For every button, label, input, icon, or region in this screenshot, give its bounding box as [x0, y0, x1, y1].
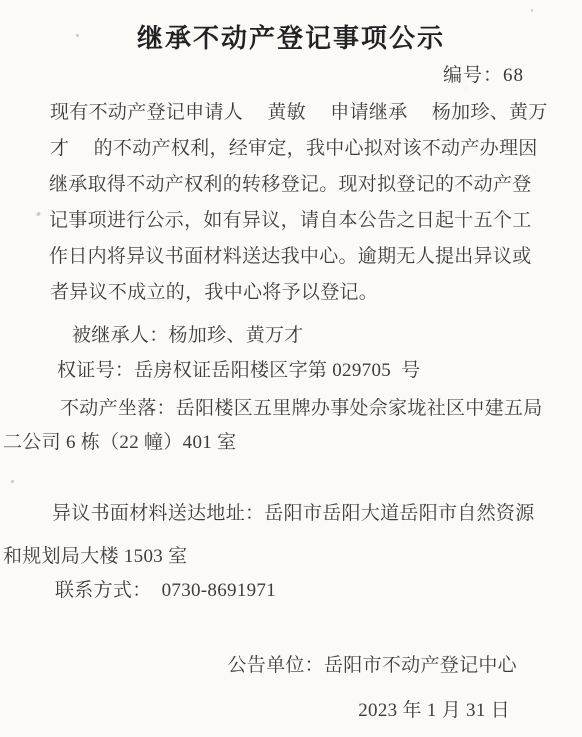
- body-line: 现有不动产登记申请人 黄敏 申请继承 杨加珍、黄万: [50, 101, 548, 124]
- scan-speck: [76, 34, 79, 37]
- field-property-location: 不动产坐落：岳阳楼区五里牌办事处佘家垅社区中建五局: [60, 397, 543, 420]
- field-certificate-number: 权证号：岳房权证岳阳楼区字第 029705 号: [57, 359, 420, 382]
- document-number-label: 编号：: [443, 65, 503, 86]
- document-number-value: 68: [503, 65, 524, 86]
- footer-issuing-unit: 公告单位：岳阳市不动产登记中心: [227, 654, 517, 677]
- scan-speck: [36, 212, 41, 217]
- body-line: 作日内将异议书面材料送达我中心。逾期无人提出异议或: [49, 245, 532, 268]
- body-line: 继承取得不动产权利的转移登记。现对拟登记的不动产登: [49, 173, 532, 196]
- document-number: 编号：68: [443, 60, 524, 87]
- field-objection-address: 异议书面材料送达地址：岳阳市岳阳大道岳阳市自然资源: [52, 502, 535, 525]
- scanned-notice-page: 继承不动产登记事项公示 编号：68 现有不动产登记申请人 黄敏 申请继承 杨加珍…: [0, 0, 582, 737]
- scan-speck: [11, 480, 14, 483]
- document-title: 继承不动产登记事项公示: [0, 18, 582, 55]
- field-objection-address-continued: 和规划局大楼 1503 室: [3, 545, 187, 568]
- body-line: 者异议不成立的，我中心将予以登记。: [50, 281, 378, 304]
- body-line: 才 的不动产权利，经审定，我中心拟对该不动产办理因: [50, 137, 538, 160]
- body-line: 记事项进行公示，如有异议，请自本公告之日起十五个工: [49, 209, 532, 232]
- scan-speck: [531, 9, 533, 12]
- field-decedent: 被继承人：杨加珍、黄万才: [72, 324, 304, 347]
- footer-date: 2023 年 1 月 31 日: [358, 699, 510, 722]
- field-property-location-continued: 二公司 6 栋（22 幢）401 室: [3, 431, 236, 454]
- field-contact-phone: 联系方式： 0730-8691971: [55, 579, 276, 602]
